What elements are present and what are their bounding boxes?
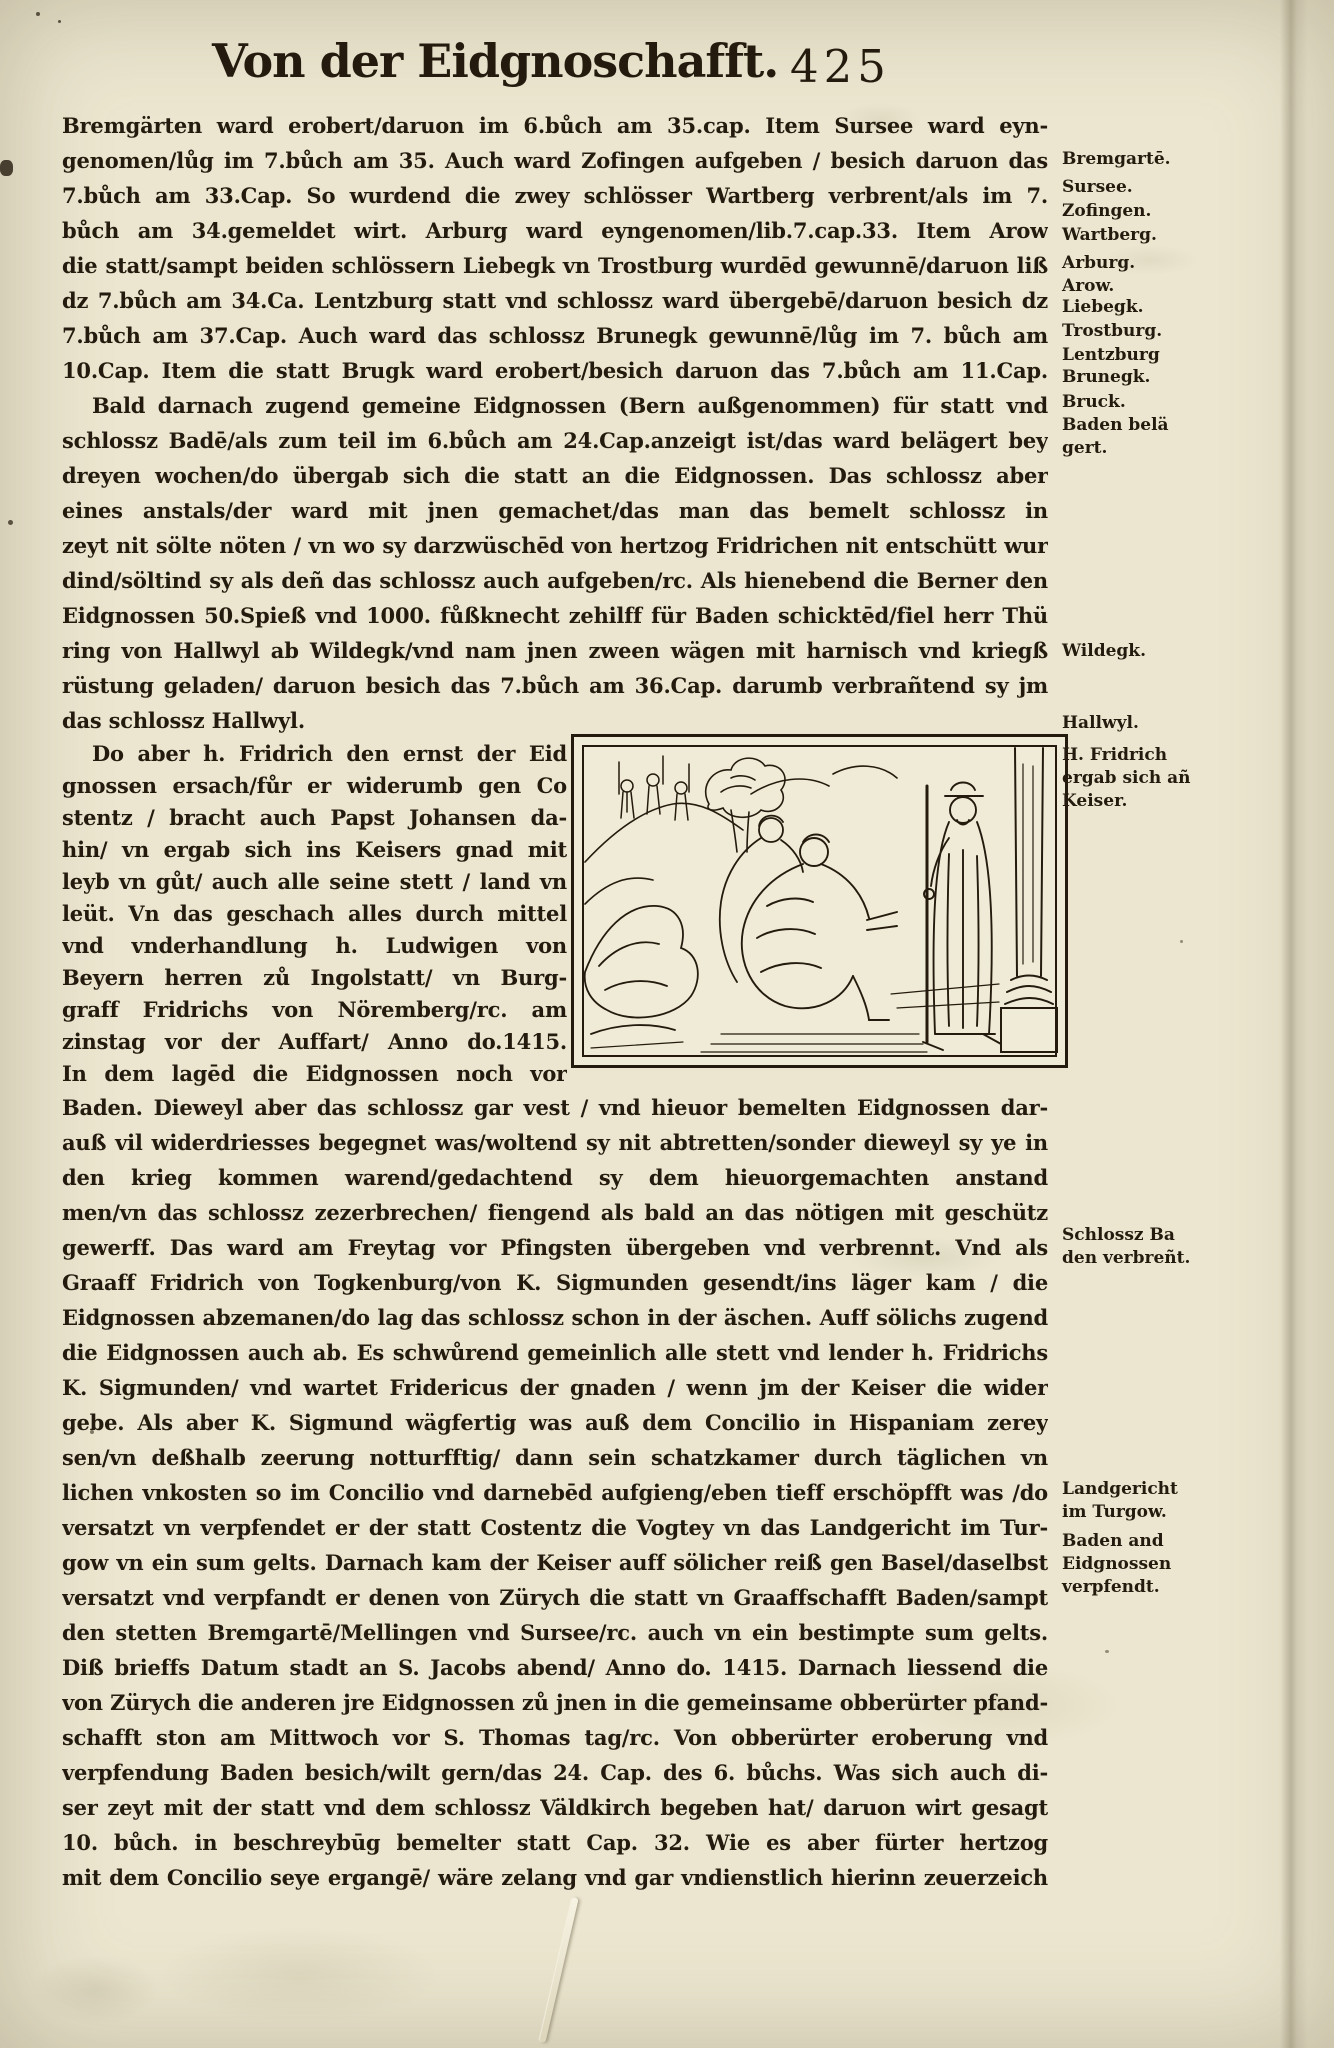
margin-note: Wildegk. — [1062, 640, 1146, 663]
text-line: mit dem Concilio seye ergangē/ wäre zela… — [62, 1860, 1048, 1895]
margin-note: Landgericht im Turgow. — [1062, 1478, 1178, 1524]
paper-speck — [1180, 940, 1183, 943]
page-title: Von der Eidgnoschafft. — [212, 34, 778, 88]
margin-note: Brunegk. — [1062, 366, 1150, 389]
text-line: Do aber h. Fridrich den ernst der Eid — [62, 738, 567, 770]
margin-note: Sursee. — [1062, 176, 1133, 199]
paragraph-fridrich-column: Do aber h. Fridrich den ernst der Eidgno… — [62, 738, 567, 1090]
text-line: gow vn ein sum gelts. Darnach kam der Ke… — [62, 1545, 1048, 1580]
text-line: verpfendung Baden besich/wilt gern/das 2… — [62, 1755, 1048, 1790]
text-line: In dem lagēd die Eidgnossen noch vor — [62, 1058, 567, 1090]
text-line: dind/söltind sy als deñ das schlossz auc… — [62, 563, 1048, 598]
text-line: zinstag vor der Auffart/ Anno do.1415. — [62, 1026, 567, 1058]
text-line: 10.Cap. Item die statt Brugk ward erober… — [62, 353, 1048, 388]
margin-note: Schlossz Ba den verbreñt. — [1062, 1224, 1190, 1270]
text-line: Bremgärten ward erobert/daruon im 6.bůch… — [62, 108, 1048, 143]
margin-note: Bruck. — [1062, 391, 1126, 414]
margin-note: Wartberg. — [1062, 224, 1157, 247]
text-line: den krieg kommen warend/gedachtend sy de… — [62, 1160, 1048, 1195]
paper-speck — [1105, 1650, 1109, 1653]
text-line: K. Sigmunden/ vnd wartet Fridericus der … — [62, 1370, 1048, 1405]
text-line: rüstung geladen/ daruon besich das 7.bůc… — [62, 668, 1048, 703]
text-line: men/vn das schlossz zezerbrechen/ fienge… — [62, 1195, 1048, 1230]
paper-speck — [8, 520, 13, 525]
woodcut-illustration — [571, 734, 1068, 1068]
text-line: die Eidgnossen auch ab. Es schwůrend gem… — [62, 1335, 1048, 1370]
text-line: gewerff. Das ward am Freytag vor Pfingst… — [62, 1230, 1048, 1265]
text-line: von Zürych die anderen jre Eidgnossen zů… — [62, 1685, 1048, 1720]
text-line: leyb vn gůt/ auch alle seine stett / lan… — [62, 866, 567, 898]
text-line: das schlossz Hallwyl. — [62, 703, 1048, 738]
text-line: Graaff Fridrich von Togkenburg/von K. Si… — [62, 1265, 1048, 1300]
text-line: leüt. Vn das geschach alles durch mittel — [62, 898, 567, 930]
text-line: zeyt nit sölte nöten / vn wo sy darzwüsc… — [62, 528, 1048, 563]
text-line: genomen/lůg im 7.bůch am 35. Auch ward Z… — [62, 143, 1048, 178]
body-text: Bremgärten ward erobert/daruon im 6.bůch… — [62, 108, 1048, 1895]
text-and-woodcut-row: Do aber h. Fridrich den ernst der Eidgno… — [62, 738, 1068, 1090]
paper-speck — [90, 1430, 94, 1434]
text-line: dz 7.bůch am 34.Ca. Lentzburg statt vnd … — [62, 283, 1048, 318]
text-line: ring von Hallwyl ab Wildegk/vnd nam jnen… — [62, 633, 1048, 668]
text-line: bůch am 34.gemeldet wirt. Arburg ward ey… — [62, 213, 1048, 248]
text-line: Bald darnach zugend gemeine Eidgnossen (… — [62, 388, 1048, 423]
paper-speck — [36, 12, 40, 16]
text-line: 7.bůch am 33.Cap. So wurdend die zwey sc… — [62, 178, 1048, 213]
text-line: Diß brieffs Datum stadt an S. Jacobs abe… — [62, 1650, 1048, 1685]
text-line: Baden. Dieweyl aber das schlossz gar ves… — [62, 1090, 1048, 1125]
paragraph-conquests: Bremgärten ward erobert/daruon im 6.bůch… — [62, 108, 1048, 388]
margin-note: Lentzburg — [1062, 344, 1160, 367]
text-line: eines anstals/der ward mit jnen gemachet… — [62, 493, 1048, 528]
page-number: 425 — [790, 40, 891, 93]
text-line: ser zeyt mit der statt vnd dem schlossz … — [62, 1790, 1048, 1825]
text-line: schafft ston am Mittwoch vor S. Thomas t… — [62, 1720, 1048, 1755]
text-line: auß vil widerdriesses begegnet was/wolte… — [62, 1125, 1048, 1160]
text-line: 10. bůch. in beschreybūg bemelter statt … — [62, 1825, 1048, 1860]
paper-tear — [539, 1897, 578, 2043]
margin-note: Hallwyl. — [1062, 712, 1139, 735]
scanned-book-page: Von der Eidgnoschafft. 425 Bremgärten wa… — [0, 0, 1334, 2048]
text-line: gebe. Als aber K. Sigmund wägfertig was … — [62, 1405, 1048, 1440]
text-line: stentz / bracht auch Papst Johansen da- — [62, 802, 567, 834]
margin-note: H. Fridrich ergab sich añ Keiser. — [1062, 744, 1191, 813]
text-line: hin/ vn ergab sich ins Keisers gnad mit — [62, 834, 567, 866]
margin-note: Zofingen. — [1062, 200, 1151, 223]
text-line: dreyen wochen/do übergab sich die statt … — [62, 458, 1048, 493]
text-line: den stetten Bremgartē/Mellingen vnd Surs… — [62, 1615, 1048, 1650]
text-line: vnd vnderhandlung h. Ludwigen von — [62, 930, 567, 962]
text-line: graff Fridrichs von Nöremberg/rc. am — [62, 994, 567, 1026]
text-line: Eidgnossen abzemanen/do lag das schlossz… — [62, 1300, 1048, 1335]
margin-note: Liebegk. — [1062, 296, 1144, 319]
text-line: Beyern herren zů Ingolstatt/ vn Burg- — [62, 962, 567, 994]
margin-note: Baden belä gert. — [1062, 414, 1169, 460]
paper-speck — [58, 20, 61, 23]
text-line: versatzt vn verpfendet er der statt Cost… — [62, 1510, 1048, 1545]
text-line: schlossz Badē/als zum teil im 6.bůch am … — [62, 423, 1048, 458]
text-line: Eidgnossen 50.Spieß vnd 1000. fůßknecht … — [62, 598, 1048, 633]
margin-note: Trostburg. — [1062, 320, 1162, 343]
text-line: versatzt vnd verpfandt er denen von Züry… — [62, 1580, 1048, 1615]
text-line: lichen vnkosten so im Concilio vnd darne… — [62, 1475, 1048, 1510]
paragraph-baden-siege: Bald darnach zugend gemeine Eidgnossen (… — [62, 388, 1048, 738]
text-line: gnossen ersach/fůr er widerumb gen Co — [62, 770, 567, 802]
ink-smudge — [0, 160, 13, 176]
margin-note: Baden and Eidgnossen verpfendt. — [1062, 1530, 1171, 1599]
text-line: die statt/sampt beiden schlössern Liebeg… — [62, 248, 1048, 283]
text-line: sen/vn deßhalb zeerung notturfftig/ dann… — [62, 1440, 1048, 1475]
margin-note: Arow. — [1062, 275, 1114, 298]
paragraph-baden-continued: Baden. Dieweyl aber das schlossz gar ves… — [62, 1090, 1048, 1895]
margin-note: Arburg. — [1062, 252, 1135, 275]
margin-note: Bremgartē. — [1062, 148, 1171, 171]
text-line: 7.bůch am 37.Cap. Auch ward das schlossz… — [62, 318, 1048, 353]
